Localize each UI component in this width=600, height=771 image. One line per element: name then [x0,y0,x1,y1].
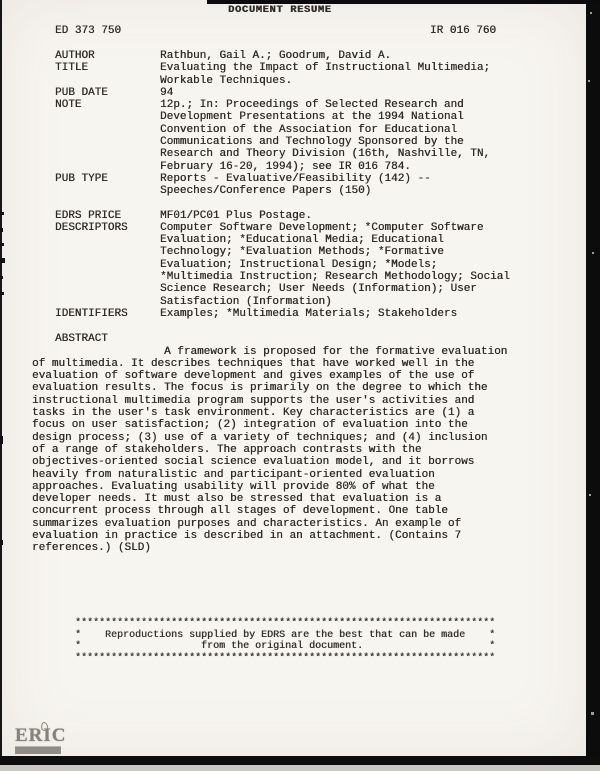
field-row-descriptors: DESCRIPTORSComputer Software Development… [32,222,562,308]
field-value: 94 [160,87,173,99]
ir-number: IR 016 760 [430,25,496,37]
field-row-note: NOTE12p.; In: Proceedings of Selected Re… [32,99,562,173]
field-value: Computer Software Development; *Computer… [160,222,510,308]
field-label: AUTHOR [55,50,160,62]
field-row-pub-type: PUB TYPEReports - Evaluative/Feasibility… [32,173,562,198]
field-value: Examples; *Multimedia Materials; Stakeho… [160,308,457,320]
field-label: DESCRIPTORS [55,222,160,308]
field-value: MF01/PC01 Plus Postage. [160,210,312,222]
bottom-scan-border [0,756,600,765]
metadata-fields: AUTHORRathbun, Gail A.; Goodrum, David A… [32,50,562,555]
field-value: Rathbun, Gail A.; Goodrum, David A. [160,50,391,62]
field-label: EDRS PRICE [55,210,160,222]
field-value: 12p.; In: Proceedings of Selected Resear… [160,99,490,173]
abstract-label: ABSTRACT [32,333,562,345]
eric-banner [15,746,61,754]
field-label: IDENTIFIERS [55,308,160,320]
left-scan-border [0,0,2,757]
scanned-document: DOCUMENT RESUME ED 373 750 IR 016 760 AU… [0,0,600,771]
eric-logo: ERIC [15,726,65,754]
field-label: PUB TYPE [55,173,160,198]
field-value: Evaluating the Impact of Instructional M… [160,62,490,87]
document-resume-title: DOCUMENT RESUME [228,4,332,16]
scanner-bed-edge [0,765,600,771]
field-label: TITLE [55,62,160,87]
field-row-identifiers: IDENTIFIERSExamples; *Multimedia Materia… [32,308,562,320]
edrs-reproduction-notice: ****************************************… [75,618,495,664]
field-value: Reports - Evaluative/Feasibility (142) -… [160,173,431,198]
ed-number: ED 373 750 [55,25,121,37]
field-label: PUB DATE [55,87,160,99]
field-label: NOTE [55,99,160,173]
field-row-title: TITLEEvaluating the Impact of Instructio… [32,62,562,87]
field-row-pub-date: PUB DATE94 [32,87,562,99]
eric-logo-text: ERIC [15,726,65,745]
abstract-text: A framework is proposed for the formativ… [32,346,562,555]
field-row-author: AUTHORRathbun, Gail A.; Goodrum, David A… [32,50,562,62]
field-row-edrs-price: EDRS PRICEMF01/PC01 Plus Postage. [32,210,562,222]
